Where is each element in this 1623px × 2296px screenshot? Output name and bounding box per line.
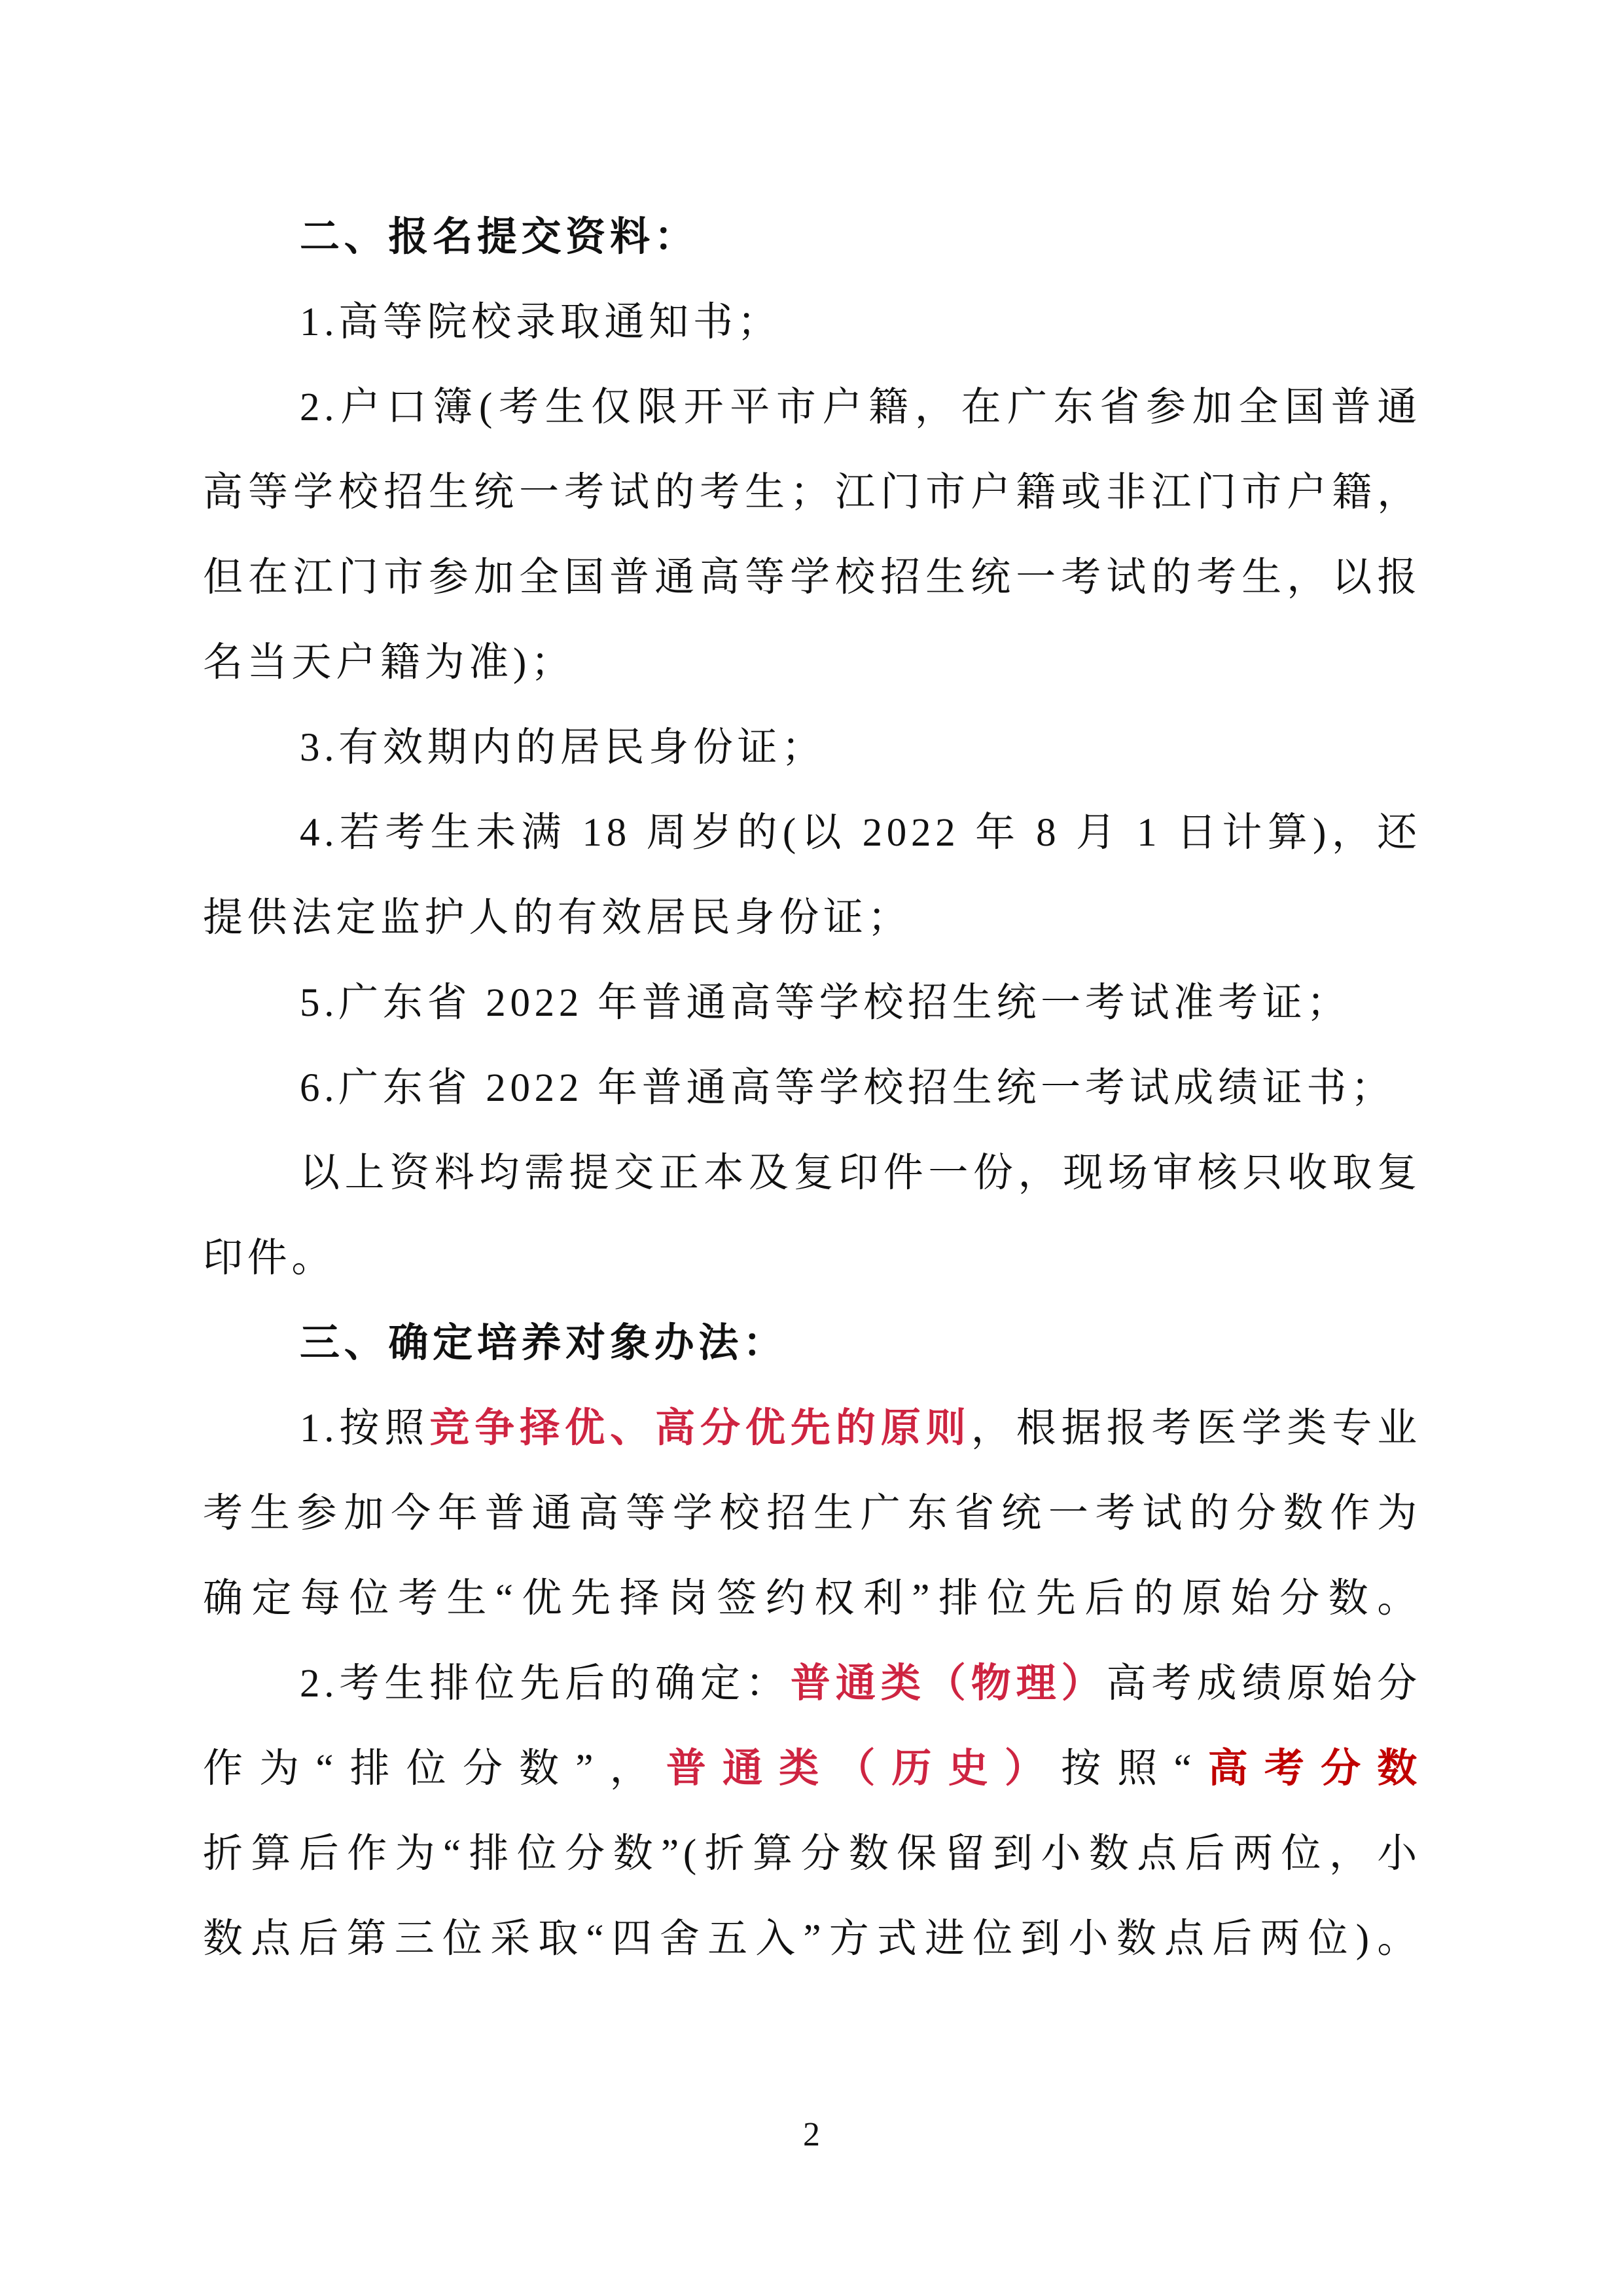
text-line: 但在江门市参加全国普通高等学校招生统一考试的考生，以报 <box>203 535 1421 620</box>
text-segment: 2.考生排位先后的确定： <box>300 1662 791 1706</box>
text-segment: 高等学校招生统一考试的考生；江门市户籍或非江门市户籍， <box>203 471 1421 514</box>
document-page: 二、报名提交资料：1.高等院校录取通知书；2.户口簿(考生仅限开平市户籍，在广东… <box>0 0 1623 2296</box>
text-line: 折算后作为“排位分数”(折算分数保留到小数点后两位，小 <box>203 1812 1421 1897</box>
text-line: 以上资料均需提交正本及复印件一份，现场审核只收取复 <box>203 1131 1421 1216</box>
text-segment: 但在江门市参加全国普通高等学校招生统一考试的考生，以报 <box>203 556 1421 600</box>
highlight-segment: 普通类（历史） <box>666 1747 1061 1791</box>
text-segment: 三、确定培养对象办法： <box>300 1321 787 1365</box>
highlight-segment: 普通类（物理） <box>791 1662 1107 1706</box>
text-line: 提供法定监护人的有效居民身份证； <box>203 876 1421 961</box>
text-line: 5.广东省 2022 年普通高等学校招生统一考试准考证； <box>203 961 1421 1046</box>
text-segment: 以上资料均需提交正本及复印件一份，现场审核只收取复 <box>300 1151 1421 1195</box>
text-line: 名当天户籍为准)； <box>203 620 1421 706</box>
text-segment: 1.高等院校录取通知书； <box>300 300 781 344</box>
section-heading-line: 二、报名提交资料： <box>203 195 1421 280</box>
text-line: 1.按照竞争择优、高分优先的原则，根据报考医学类专业 <box>203 1386 1421 1471</box>
text-line: 数点后第三位采取“四舍五入”方式进位到小数点后两位)。 <box>203 1897 1421 1982</box>
section-heading-line: 三、确定培养对象办法： <box>203 1301 1421 1386</box>
text-line: 高等学校招生统一考试的考生；江门市户籍或非江门市户籍， <box>203 450 1421 535</box>
text-segment: 4.若考生未满 18 周岁的(以 2022 年 8 月 1 日计算)，还须 <box>203 811 1421 876</box>
text-line: 2.户口簿(考生仅限开平市户籍，在广东省参加全国普通 <box>203 365 1421 450</box>
text-segment: 二、报名提交资料： <box>300 215 698 259</box>
text-line: 印件。 <box>203 1216 1421 1301</box>
text-line: 3.有效期内的居民身份证； <box>203 706 1421 791</box>
text-segment: 考生参加今年普通高等学校招生广东省统一考试的分数作为 <box>203 1492 1421 1535</box>
text-segment: 按照“ <box>1061 1747 1196 1791</box>
text-line: 2.考生排位先后的确定：普通类（物理）高考成绩原始分 <box>203 1641 1421 1727</box>
text-segment: 5.广东省 2022 年普通高等学校招生统一考试准考证； <box>300 981 1351 1025</box>
text-segment: 印件。 <box>203 1236 336 1280</box>
text-line: 6.广东省 2022 年普通高等学校招生统一考试成绩证书； <box>203 1046 1421 1131</box>
text-line: 作为“排位分数”，普通类（历史）按照“高考分数 X(437/445)” <box>203 1727 1421 1812</box>
text-line: 1.高等院校录取通知书； <box>203 280 1421 365</box>
text-line: 4.若考生未满 18 周岁的(以 2022 年 8 月 1 日计算)，还须 <box>203 791 1421 876</box>
highlight-segment: 竞争择优、高分优先的原则 <box>429 1407 971 1450</box>
text-segment: 3.有效期内的居民身份证； <box>300 726 826 770</box>
text-line: 确定每位考生“优先择岗签约权利”排位先后的原始分数。 <box>203 1556 1421 1641</box>
text-segment: 名当天户籍为准)； <box>203 641 575 685</box>
text-segment: 作为“排位分数”， <box>203 1747 666 1791</box>
text-segment: 高考成绩原始分 <box>1107 1662 1421 1706</box>
document-body: 二、报名提交资料：1.高等院校录取通知书；2.户口簿(考生仅限开平市户籍，在广东… <box>203 195 1421 1982</box>
text-segment: 提供法定监护人的有效居民身份证； <box>203 896 912 940</box>
text-segment: ，根据报考医学类专业 <box>971 1407 1421 1450</box>
text-segment: 折算后作为“排位分数”(折算分数保留到小数点后两位，小 <box>203 1832 1421 1876</box>
text-segment: 数点后第三位采取“四舍五入”方式进位到小数点后两位)。 <box>203 1917 1421 1961</box>
text-segment: 2.户口簿(考生仅限开平市户籍，在广东省参加全国普通 <box>300 386 1421 429</box>
page-number: 2 <box>0 2115 1623 2154</box>
text-segment: 1.按照 <box>300 1407 429 1450</box>
text-segment: 6.广东省 2022 年普通高等学校招生统一考试成绩证书； <box>300 1066 1395 1110</box>
text-segment: 确定每位考生“优先择岗签约权利”排位先后的原始分数。 <box>203 1577 1421 1621</box>
text-line: 考生参加今年普通高等学校招生广东省统一考试的分数作为 <box>203 1471 1421 1556</box>
